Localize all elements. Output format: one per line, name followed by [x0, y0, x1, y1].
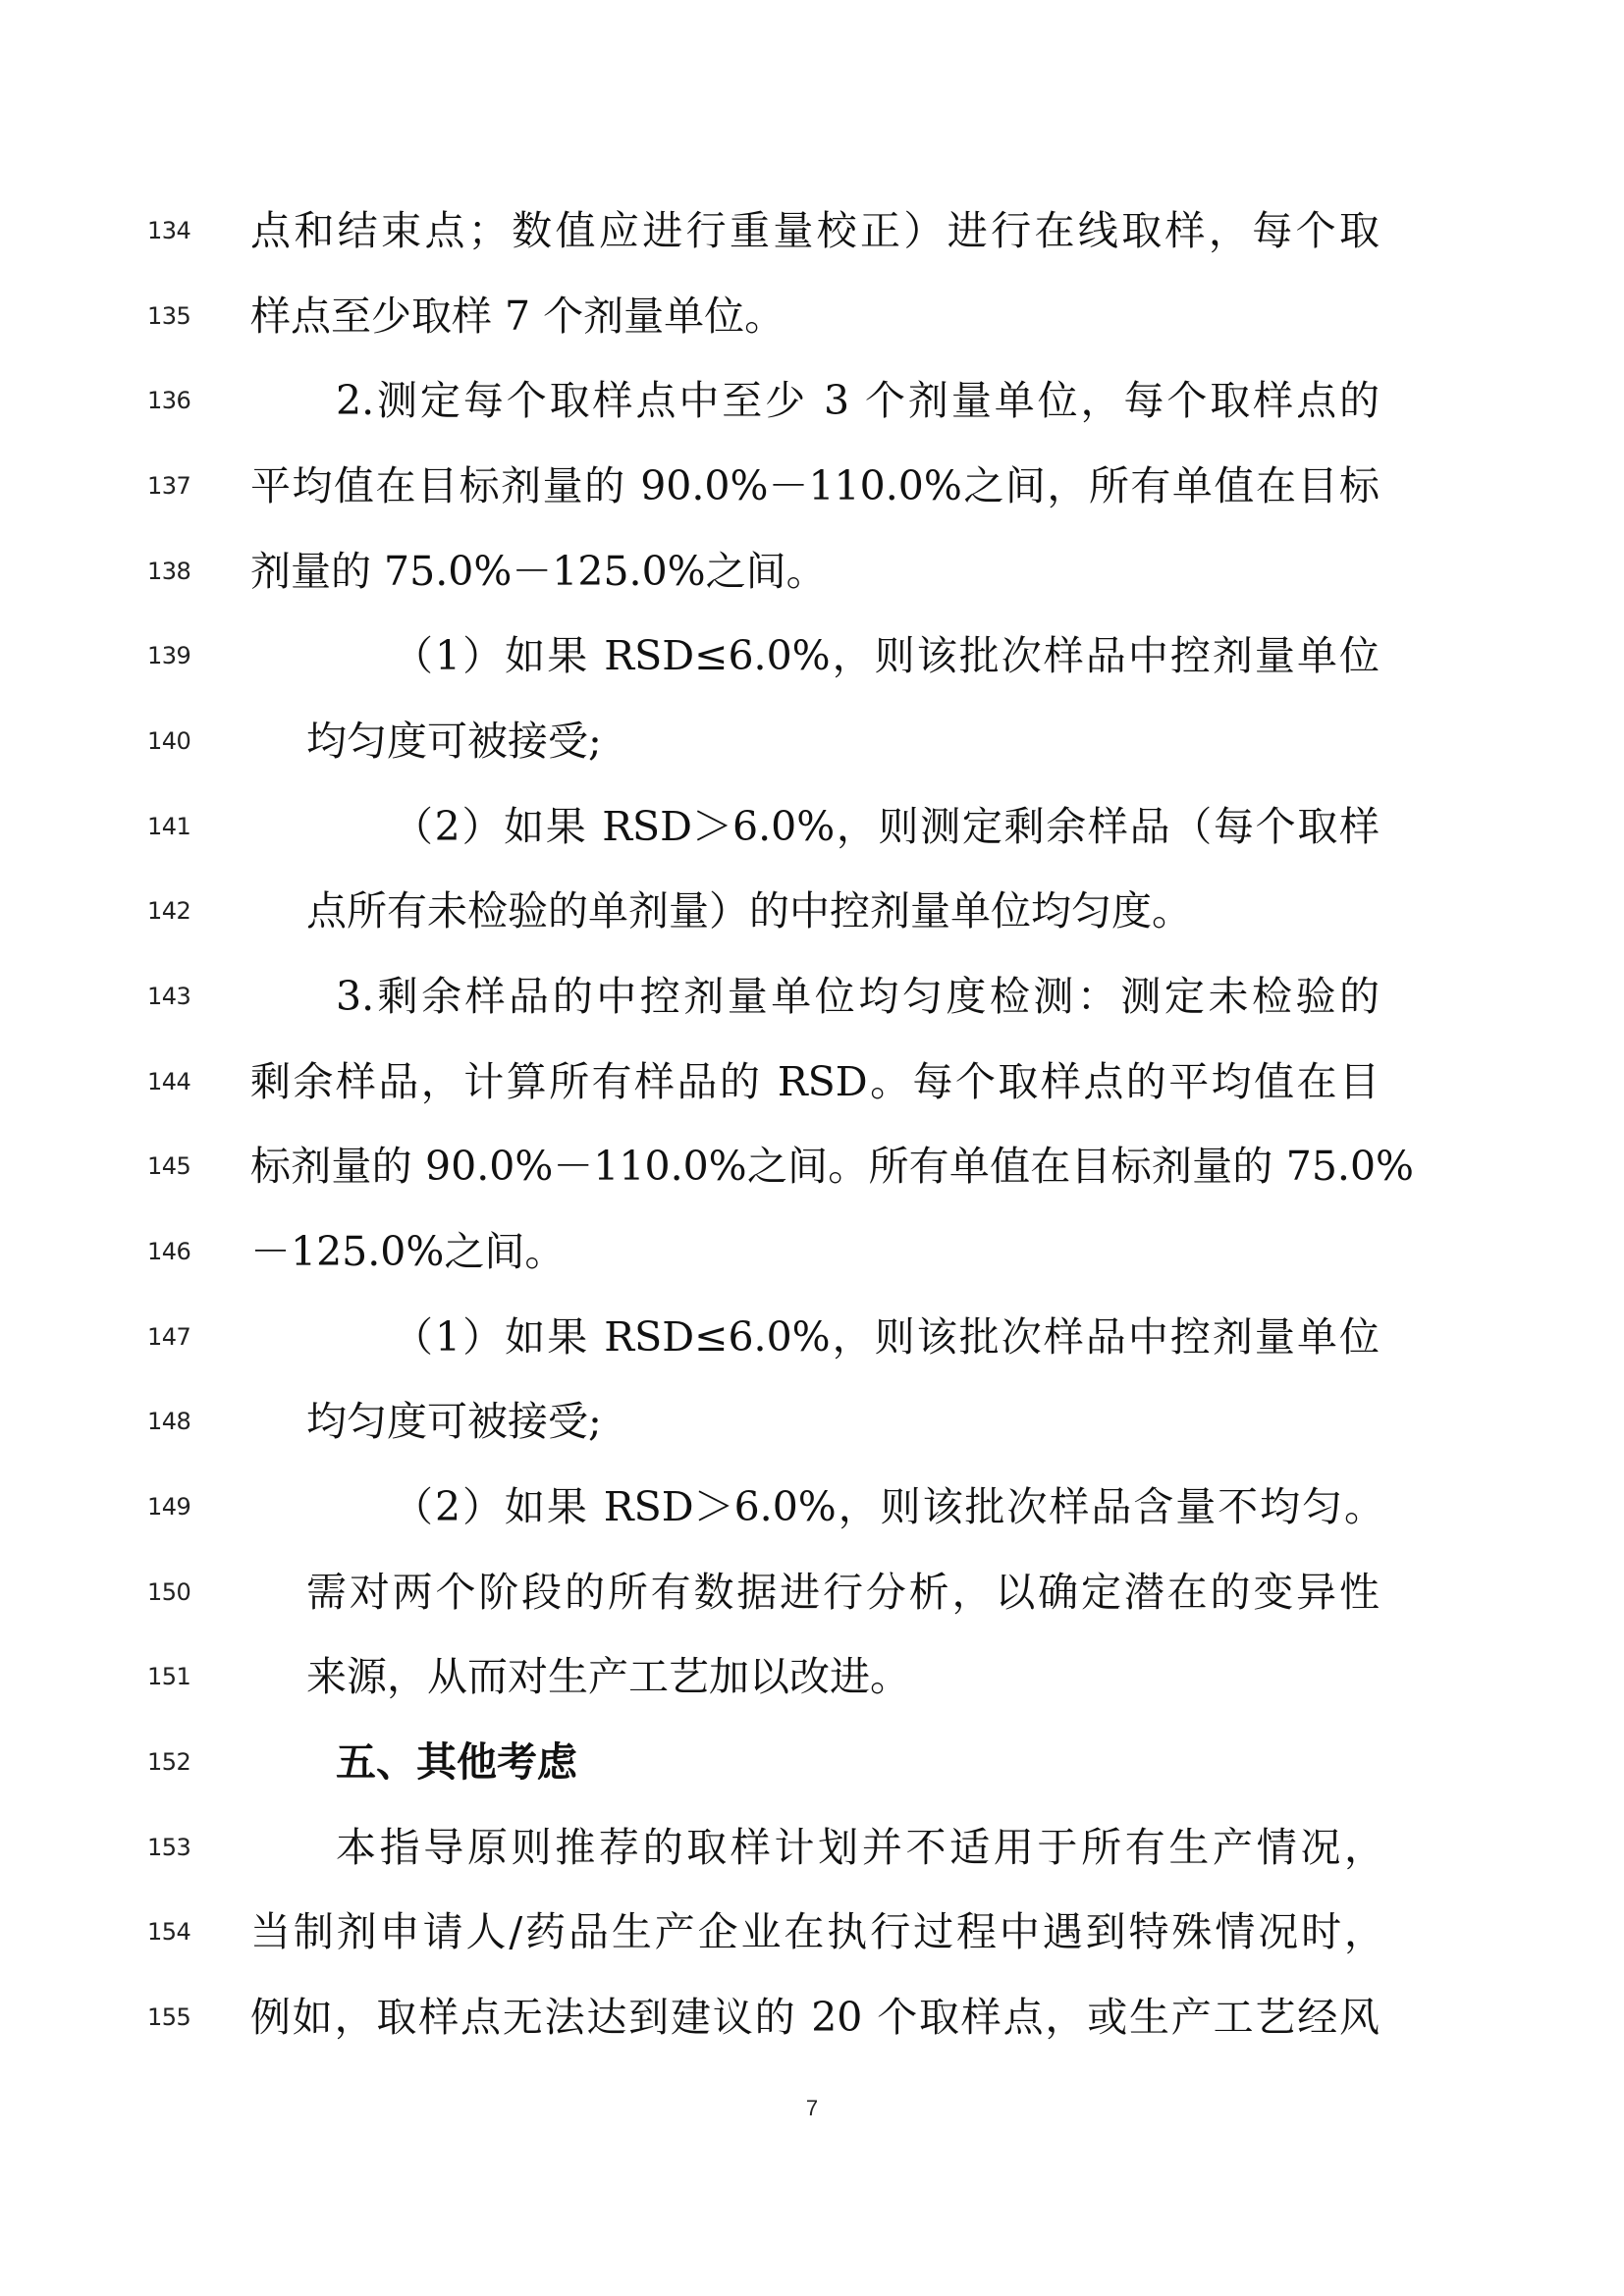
line-number: 144: [147, 1062, 198, 1101]
body-text-line: 剩余样品，计算所有样品的 RSD。每个取样点的平均值在目: [250, 1052, 1380, 1111]
line-number: 137: [147, 466, 198, 506]
line-number: 154: [147, 1912, 198, 1951]
line-number: 138: [147, 552, 198, 591]
list-item-text: 需对两个阶段的所有数据进行分析，以确定潜在的变异性: [306, 1563, 1380, 1622]
list-item-text: （1）如果 RSD≤6.0%，则该批次样品中控剂量单位: [393, 626, 1380, 685]
body-text-line: 平均值在目标剂量的 90.0%－110.0%之间，所有单值在目标: [250, 456, 1380, 515]
list-item-text: 来源，从而对生产工艺加以改进。: [306, 1647, 910, 1706]
line-number: 145: [147, 1147, 198, 1186]
line-number: 143: [147, 977, 198, 1016]
line-number: 141: [147, 807, 198, 846]
list-item-text: （2）如果 RSD＞6.0%，则测定剩余样品（每个取样: [393, 797, 1380, 856]
line-number: 136: [147, 381, 198, 420]
list-item-text: 点所有未检验的单剂量）的中控剂量单位均匀度。: [306, 881, 1192, 940]
list-item-text: 均匀度可被接受;: [306, 712, 602, 771]
section-heading: 五、其他考虑: [336, 1733, 577, 1791]
line-number: 155: [147, 1998, 198, 2037]
body-text-line: 样点至少取样 7 个剂量单位。: [250, 287, 785, 346]
body-text-line: 3.剩余样品的中控剂量单位均匀度检测：测定未检验的: [336, 967, 1380, 1026]
list-item-text: 均匀度可被接受;: [306, 1392, 602, 1451]
body-text-line: 2.测定每个取样点中至少 3 个剂量单位，每个取样点的: [336, 371, 1380, 430]
line-number: 149: [147, 1487, 198, 1526]
line-number: 140: [147, 721, 198, 761]
body-text-line: 剂量的 75.0%－125.0%之间。: [250, 542, 827, 601]
line-number: 139: [147, 636, 198, 675]
document-page: 134 点和结束点；数值应进行重量校正）进行在线取样，每个取 135 样点至少取…: [0, 0, 1624, 2296]
line-number: 147: [147, 1317, 198, 1357]
page-number: 7: [797, 2096, 827, 2121]
list-item-text: （1）如果 RSD≤6.0%，则该批次样品中控剂量单位: [393, 1308, 1380, 1366]
line-number: 152: [147, 1742, 198, 1782]
line-number: 142: [147, 891, 198, 931]
line-number: 150: [147, 1573, 198, 1612]
body-text-line: 当制剂申请人/药品生产企业在执行过程中遇到特殊情况时，: [250, 1902, 1384, 1961]
body-text-line: 例如，取样点无法达到建议的 20 个取样点，或生产工艺经风: [250, 1988, 1380, 2047]
line-number: 148: [147, 1402, 198, 1441]
list-item-text: （2）如果 RSD＞6.0%，则该批次样品含量不均匀。: [393, 1477, 1384, 1536]
line-number: 151: [147, 1657, 198, 1696]
line-number: 134: [147, 211, 198, 250]
line-number: 146: [147, 1232, 198, 1271]
body-text-line: 标剂量的 90.0%－110.0%之间。所有单值在目标剂量的 75.0%: [250, 1137, 1414, 1196]
body-text-line: －125.0%之间。: [250, 1222, 565, 1281]
body-text-line: 本指导原则推荐的取样计划并不适用于所有生产情况，: [336, 1818, 1384, 1877]
body-text-line: 点和结束点；数值应进行重量校正）进行在线取样，每个取: [250, 201, 1380, 260]
line-number: 135: [147, 296, 198, 336]
line-number: 153: [147, 1828, 198, 1867]
